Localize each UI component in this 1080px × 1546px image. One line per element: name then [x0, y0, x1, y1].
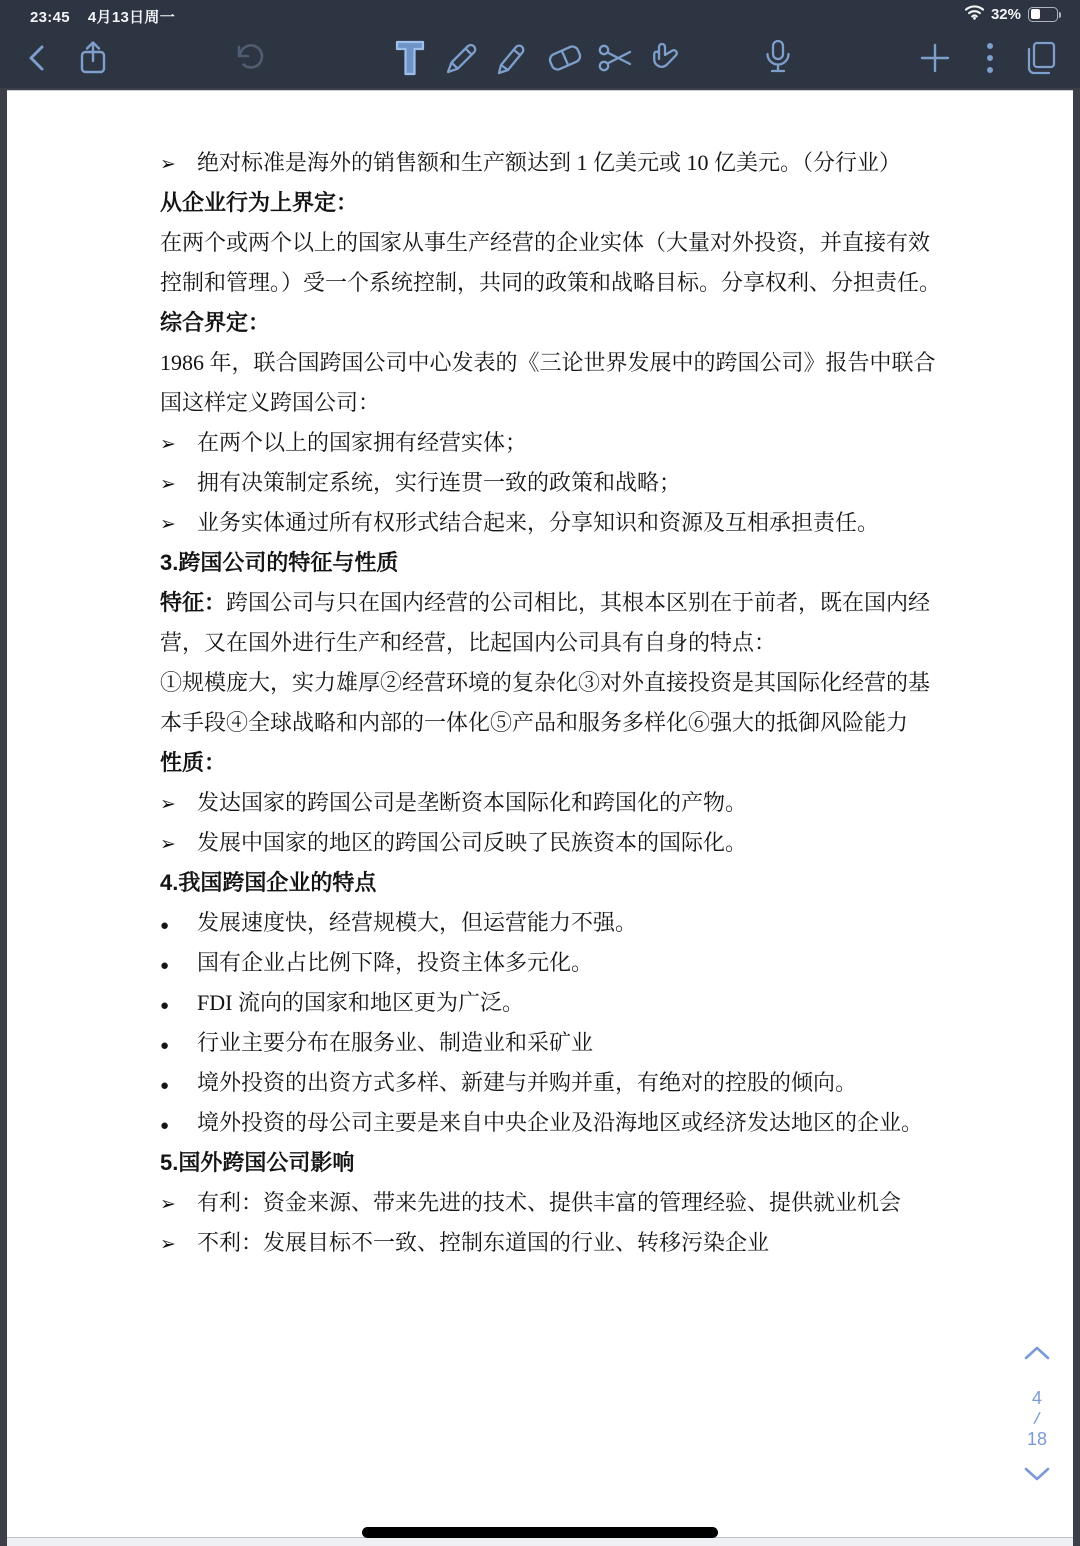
document-line: ●行业主要分布在服务业、制造业和采矿业: [160, 1023, 935, 1063]
line-text: 在两个以上的国家拥有经营实体；: [197, 430, 527, 455]
line-text: 国有企业占比例下降，投资主体多元化。: [197, 950, 593, 975]
arrow-bullet-icon: ➢: [160, 785, 197, 825]
dot-bullet-icon: ●: [160, 1026, 197, 1066]
document-line: 综合界定：: [160, 303, 935, 343]
pages-overview-icon[interactable]: [1018, 36, 1062, 80]
document-line: 5.国外跨国公司影响: [160, 1143, 935, 1183]
top-chrome: 23:454月13日周一 32%: [0, 0, 1080, 88]
arrow-bullet-icon: ➢: [160, 465, 197, 505]
document-line: 国这样定义跨国公司：: [160, 383, 935, 423]
arrow-bullet-icon: ➢: [160, 145, 197, 185]
status-date: 4月13日周一: [88, 9, 175, 26]
status-bar: 23:454月13日周一 32%: [0, 0, 1080, 28]
document-line: ➢在两个以上的国家拥有经营实体；: [160, 423, 935, 463]
current-page-label: 4: [1014, 1389, 1060, 1407]
line-text: 有利：资金来源、带来先进的技术、提供丰富的管理经验、提供就业机会: [197, 1190, 901, 1215]
document-line: ●境外投资的母公司主要是来自中央企业及沿海地区或经济发达地区的企业。: [160, 1103, 935, 1143]
line-text: 发达国家的跨国公司是垄断资本国际化和跨国化的产物。: [197, 790, 747, 815]
arrow-bullet-icon: ➢: [160, 1185, 197, 1225]
status-indicators: 32%: [965, 5, 1062, 24]
document-line: ➢拥有决策制定系统，实行连贯一致的政策和战略；: [160, 463, 935, 503]
dot-bullet-icon: ●: [160, 946, 197, 986]
dot-bullet-icon: ●: [160, 906, 197, 946]
page-gap: [7, 1538, 1073, 1546]
total-pages-label: 18: [1014, 1430, 1060, 1448]
line-text: 境外投资的母公司主要是来自中央企业及沿海地区或经济发达地区的企业。: [197, 1110, 923, 1135]
line-text: 发展中国家的地区的跨国公司反映了民族资本的国际化。: [197, 830, 747, 855]
back-chevron-icon[interactable]: [15, 36, 59, 80]
scissors-tool-icon[interactable]: [594, 36, 638, 80]
eraser-tool-icon[interactable]: [543, 36, 587, 80]
document-line: ➢业务实体通过所有权形式结合起来，分享知识和资源及互相承担责任。: [160, 503, 935, 543]
battery-icon: [1028, 7, 1062, 23]
document-line: ●发展速度快，经营规模大，但运营能力不强。: [160, 903, 935, 943]
pencil-tool-icon[interactable]: [440, 36, 484, 80]
wifi-icon: [965, 5, 984, 24]
microphone-icon[interactable]: [756, 36, 800, 80]
document-line: ➢发达国家的跨国公司是垄断资本国际化和跨国化的产物。: [160, 783, 935, 823]
dot-bullet-icon: ●: [160, 986, 197, 1026]
document-text: ➢绝对标准是海外的销售额和生产额达到 1 亿美元或 10 亿美元。（分行业）从企…: [160, 143, 935, 1263]
arrow-bullet-icon: ➢: [160, 425, 197, 465]
dot-bullet-icon: ●: [160, 1106, 197, 1146]
undo-icon[interactable]: [228, 36, 272, 80]
page-down-icon[interactable]: [1023, 1466, 1051, 1482]
note-page[interactable]: ➢绝对标准是海外的销售额和生产额达到 1 亿美元或 10 亿美元。（分行业）从企…: [7, 90, 1073, 1538]
text-tool-icon[interactable]: [388, 36, 432, 80]
note-canvas[interactable]: ➢绝对标准是海外的销售额和生产额达到 1 亿美元或 10 亿美元。（分行业）从企…: [0, 88, 1080, 1546]
line-text: 跨国公司与只在国内经营的公司相比，其根本区别在于前者，既在国内经: [226, 590, 930, 615]
hand-tool-icon[interactable]: [642, 36, 686, 80]
document-line: ●国有企业占比例下降，投资主体多元化。: [160, 943, 935, 983]
home-indicator[interactable]: [362, 1527, 718, 1538]
line-text: 行业主要分布在服务业、制造业和采矿业: [197, 1030, 593, 1055]
document-line: ➢发展中国家的地区的跨国公司反映了民族资本的国际化。: [160, 823, 935, 863]
page-navigator: 4 / 18: [1014, 1345, 1060, 1482]
document-line: ➢不利：发展目标不一致、控制东道国的行业、转移污染企业: [160, 1223, 935, 1263]
document-line: 4.我国跨国企业的特点: [160, 863, 935, 903]
document-line: 在两个或两个以上的国家从事生产经营的企业实体（大量对外投资，并直接有效: [160, 223, 935, 263]
line-lead: 特征：: [160, 590, 226, 615]
line-text: 业务实体通过所有权形式结合起来，分享知识和资源及互相承担责任。: [197, 510, 879, 535]
line-text: FDI 流向的国家和地区更为广泛。: [197, 990, 524, 1015]
highlighter-tool-icon[interactable]: [489, 36, 533, 80]
document-line: 3.跨国公司的特征与性质: [160, 543, 935, 583]
arrow-bullet-icon: ➢: [160, 1225, 197, 1265]
document-line: 特征：跨国公司与只在国内经营的公司相比，其根本区别在于前者，既在国内经: [160, 583, 935, 623]
share-icon[interactable]: [71, 36, 115, 80]
line-text: 境外投资的出资方式多样、新建与并购并重，有绝对的控股的倾向。: [197, 1070, 857, 1095]
document-line: ➢有利：资金来源、带来先进的技术、提供丰富的管理经验、提供就业机会: [160, 1183, 935, 1223]
status-time-date: 23:454月13日周一: [30, 6, 175, 27]
more-options-icon[interactable]: [968, 36, 1012, 80]
document-line: ●境外投资的出资方式多样、新建与并购并重，有绝对的控股的倾向。: [160, 1063, 935, 1103]
battery-percent-label: 32%: [991, 6, 1021, 23]
document-line: 营，又在国外进行生产和经营，比起国内公司具有自身的特点：: [160, 623, 935, 663]
line-text: 绝对标准是海外的销售额和生产额达到 1 亿美元或 10 亿美元。（分行业）: [197, 150, 901, 175]
document-line: ①规模庞大，实力雄厚②经营环境的复杂化③对外直接投资是其国际化经营的基: [160, 663, 935, 703]
page-separator: /: [1013, 1405, 1062, 1431]
dot-bullet-icon: ●: [160, 1066, 197, 1106]
add-page-icon[interactable]: [913, 36, 957, 80]
document-line: ➢绝对标准是海外的销售额和生产额达到 1 亿美元或 10 亿美元。（分行业）: [160, 143, 935, 183]
document-line: 从企业行为上界定：: [160, 183, 935, 223]
toolbar: [0, 28, 1080, 88]
document-line: 1986 年，联合国跨国公司中心发表的《三论世界发展中的跨国公司》报告中联合: [160, 343, 935, 383]
document-line: 本手段④全球战略和内部的一体化⑤产品和服务多样化⑥强大的抵御风险能力: [160, 703, 935, 743]
ipad-screen: 23:454月13日周一 32%: [0, 0, 1080, 1546]
document-line: ●FDI 流向的国家和地区更为广泛。: [160, 983, 935, 1023]
document-line: 控制和管理。）受一个系统控制，共同的政策和战略目标。分享权利、分担责任。: [160, 263, 935, 303]
line-text: 不利：发展目标不一致、控制东道国的行业、转移污染企业: [197, 1230, 769, 1255]
line-text: 拥有决策制定系统，实行连贯一致的政策和战略；: [197, 470, 681, 495]
line-text: 发展速度快，经营规模大，但运营能力不强。: [197, 910, 637, 935]
arrow-bullet-icon: ➢: [160, 505, 197, 545]
page-up-icon[interactable]: [1023, 1345, 1051, 1361]
arrow-bullet-icon: ➢: [160, 825, 197, 865]
clock-time: 23:45: [30, 9, 70, 26]
document-line: 性质：: [160, 743, 935, 783]
